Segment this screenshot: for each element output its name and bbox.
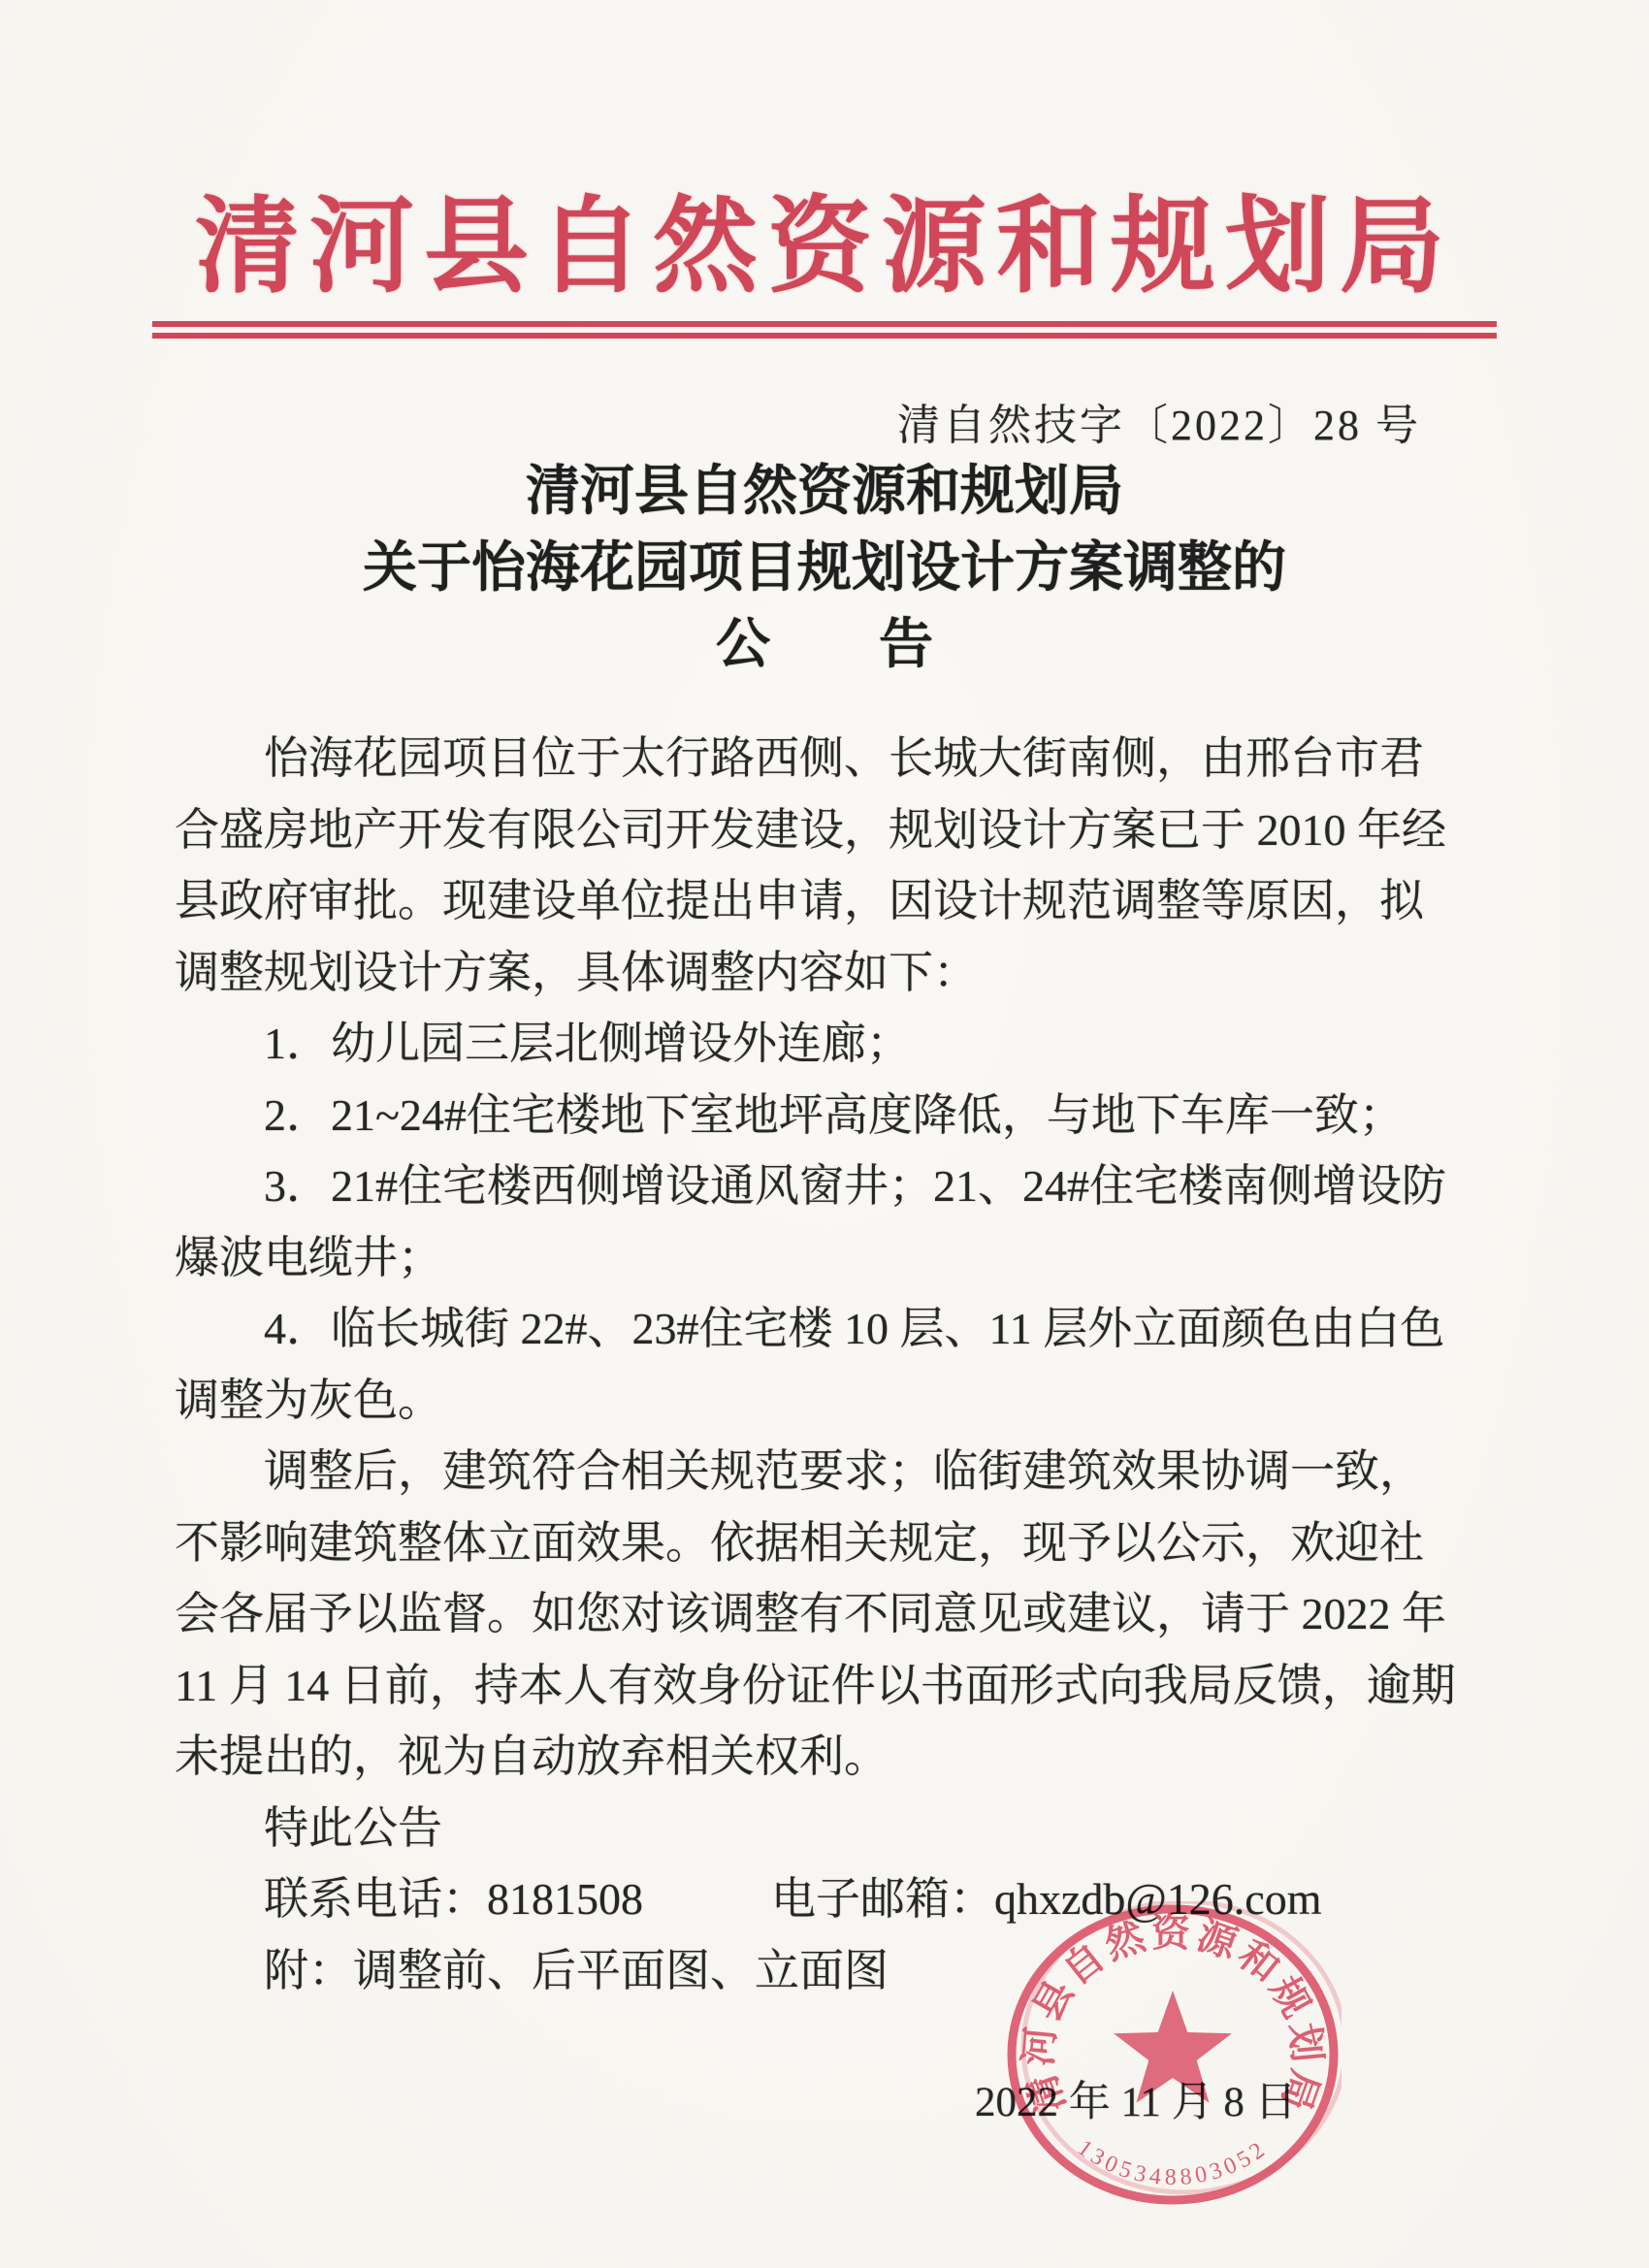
list-item-3-cont: 爆波电缆井； — [175, 1222, 1513, 1294]
announcement-body: 怡海花园项目位于太行路西侧、长城大街南侧，由邢台市君 合盛房地产开发有限公司开发… — [175, 723, 1513, 2006]
body-line: 未提出的，视为自动放弃相关权利。 — [175, 1721, 1513, 1793]
list-item-2: 2．21~24#住宅楼地下室地坪高度降低，与地下车库一致； — [175, 1080, 1513, 1151]
agency-masthead: 清河县自然资源和规划局 — [0, 190, 1649, 307]
official-seal: 清河县自然资源和规划局 1305348803052 — [1004, 1901, 1342, 2208]
body-line: 怡海花园项目位于太行路西侧、长城大街南侧，由邢台市君 — [175, 723, 1513, 794]
list-item-3: 3．21#住宅楼西侧增设通风窗井；21、24#住宅楼南侧增设防 — [175, 1150, 1513, 1222]
title-line-agency: 清河县自然资源和规划局 — [0, 454, 1649, 531]
body-line: 调整后，建筑符合相关规范要求；临街建筑效果协调一致， — [175, 1436, 1513, 1507]
body-line: 合盛房地产开发有限公司开发建设，规划设计方案已于 2010 年经 — [175, 794, 1513, 866]
document-number: 清自然技字〔2022〕28 号 — [897, 390, 1421, 452]
contact-phone: 联系电话：8181508 — [175, 1874, 643, 1924]
seal-star-icon — [1114, 1991, 1232, 2103]
body-line: 县政府审批。现建设单位提出申请，因设计规范调整等原因，拟 — [175, 865, 1513, 937]
scanned-announcement-page: 清河县自然资源和规划局 清自然技字〔2022〕28 号 清河县自然资源和规划局 … — [0, 0, 1649, 2268]
closing-line: 特此公告 — [175, 1793, 1513, 1864]
body-line: 会各届予以监督。如您对该调整有不同意见或建议，请于 2022 年 — [175, 1578, 1513, 1650]
red-double-divider — [152, 321, 1497, 339]
list-item-4: 4．临长城街 22#、23#住宅楼 10 层、11 层外立面颜色由白色 — [175, 1293, 1513, 1365]
title-line-gonggao: 公 告 — [0, 607, 1649, 684]
body-line: 调整规划设计方案，具体调整内容如下： — [175, 937, 1513, 1009]
body-line: 不影响建筑整体立面效果。依据相关规定，现予以公示，欢迎社 — [175, 1507, 1513, 1579]
list-item-1: 1．幼儿园三层北侧增设外连廊； — [175, 1008, 1513, 1080]
title-line-subject: 关于怡海花园项目规划设计方案调整的 — [0, 531, 1649, 607]
announcement-title: 清河县自然资源和规划局 关于怡海花园项目规划设计方案调整的 公 告 — [0, 454, 1649, 684]
body-line: 11 月 14 日前，持本人有效身份证件以书面形式向我局反馈，逾期 — [175, 1650, 1513, 1722]
list-item-4-cont: 调整为灰色。 — [175, 1365, 1513, 1437]
